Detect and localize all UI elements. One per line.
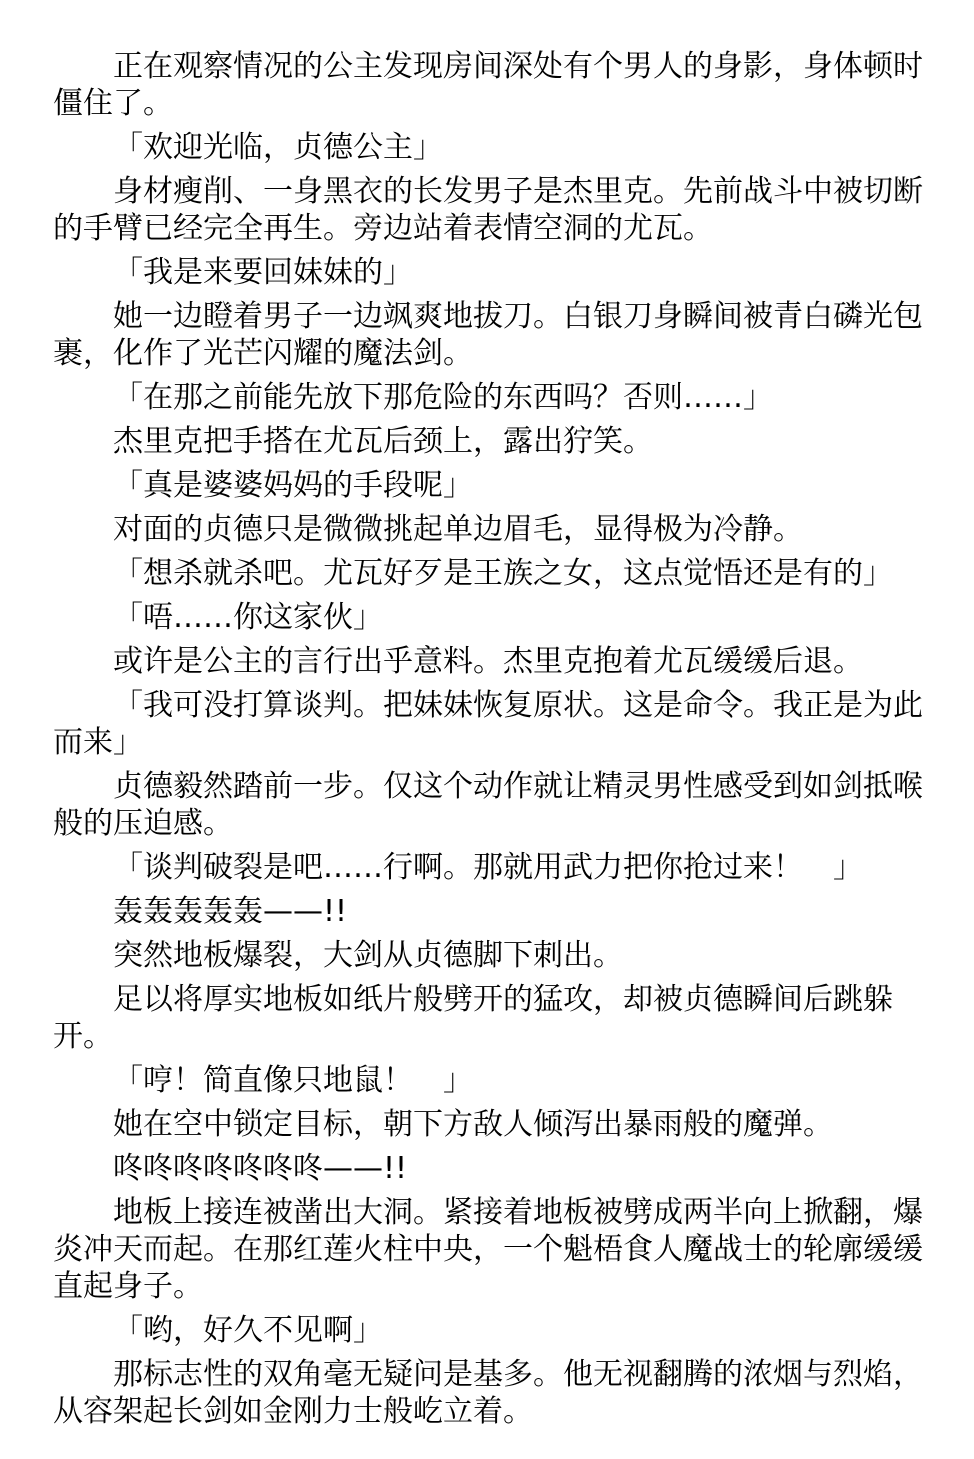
paragraph: 「唔……你这家伙」 [53, 599, 923, 636]
paragraph: 「谈判破裂是吧……行啊。那就用武力把你抢过来！ 」 [53, 849, 923, 886]
paragraph: 「我可没打算谈判。把妹妹恢复原状。这是命令。我正是为此而来」 [53, 687, 923, 761]
paragraph: 她在空中锁定目标，朝下方敌人倾泻出暴雨般的魔弹。 [53, 1106, 923, 1143]
paragraph: 咚咚咚咚咚咚咚——!! [53, 1150, 923, 1187]
paragraph: 「真是婆婆妈妈的手段呢」 [53, 467, 923, 504]
paragraph: 「欢迎光临，贞德公主」 [53, 129, 923, 166]
paragraph: 「哟，好久不见啊」 [53, 1312, 923, 1349]
paragraph: 地板上接连被凿出大洞。紧接着地板被劈成两半向上掀翻，爆炎冲天而起。在那红莲火柱中… [53, 1194, 923, 1305]
text-body: 正在观察情况的公主发现房间深处有个男人的身影，身体顿时僵住了。「欢迎光临，贞德公… [53, 48, 923, 1430]
paragraph: 「我是来要回妹妹的」 [53, 254, 923, 291]
paragraph: 贞德毅然踏前一步。仅这个动作就让精灵男性感受到如剑抵喉般的压迫感。 [53, 768, 923, 842]
paragraph: 突然地板爆裂，大剑从贞德脚下刺出。 [53, 937, 923, 974]
paragraph: 她一边瞪着男子一边飒爽地拔刀。白银刀身瞬间被青白磷光包裹，化作了光芒闪耀的魔法剑… [53, 298, 923, 372]
paragraph: 正在观察情况的公主发现房间深处有个男人的身影，身体顿时僵住了。 [53, 48, 923, 122]
paragraph: 「哼！简直像只地鼠！ 」 [53, 1062, 923, 1099]
paragraph: 轰轰轰轰轰——!! [53, 893, 923, 930]
paragraph: 「在那之前能先放下那危险的东西吗？否则……」 [53, 379, 923, 416]
paragraph: 「想杀就杀吧。尤瓦好歹是王族之女，这点觉悟还是有的」 [53, 555, 923, 592]
paragraph: 那标志性的双角毫无疑问是基多。他无视翻腾的浓烟与烈焰，从容架起长剑如金刚力士般屹… [53, 1356, 923, 1430]
paragraph: 对面的贞德只是微微挑起单边眉毛，显得极为冷静。 [53, 511, 923, 548]
paragraph: 或许是公主的言行出乎意料。杰里克抱着尤瓦缓缓后退。 [53, 643, 923, 680]
paragraph: 足以将厚实地板如纸片般劈开的猛攻，却被贞德瞬间后跳躲开。 [53, 981, 923, 1055]
paragraph: 杰里克把手搭在尤瓦后颈上，露出狞笑。 [53, 423, 923, 460]
novel-page: 正在观察情况的公主发现房间深处有个男人的身影，身体顿时僵住了。「欢迎光临，贞德公… [0, 0, 974, 1459]
paragraph: 身材瘦削、一身黑衣的长发男子是杰里克。先前战斗中被切断的手臂已经完全再生。旁边站… [53, 173, 923, 247]
